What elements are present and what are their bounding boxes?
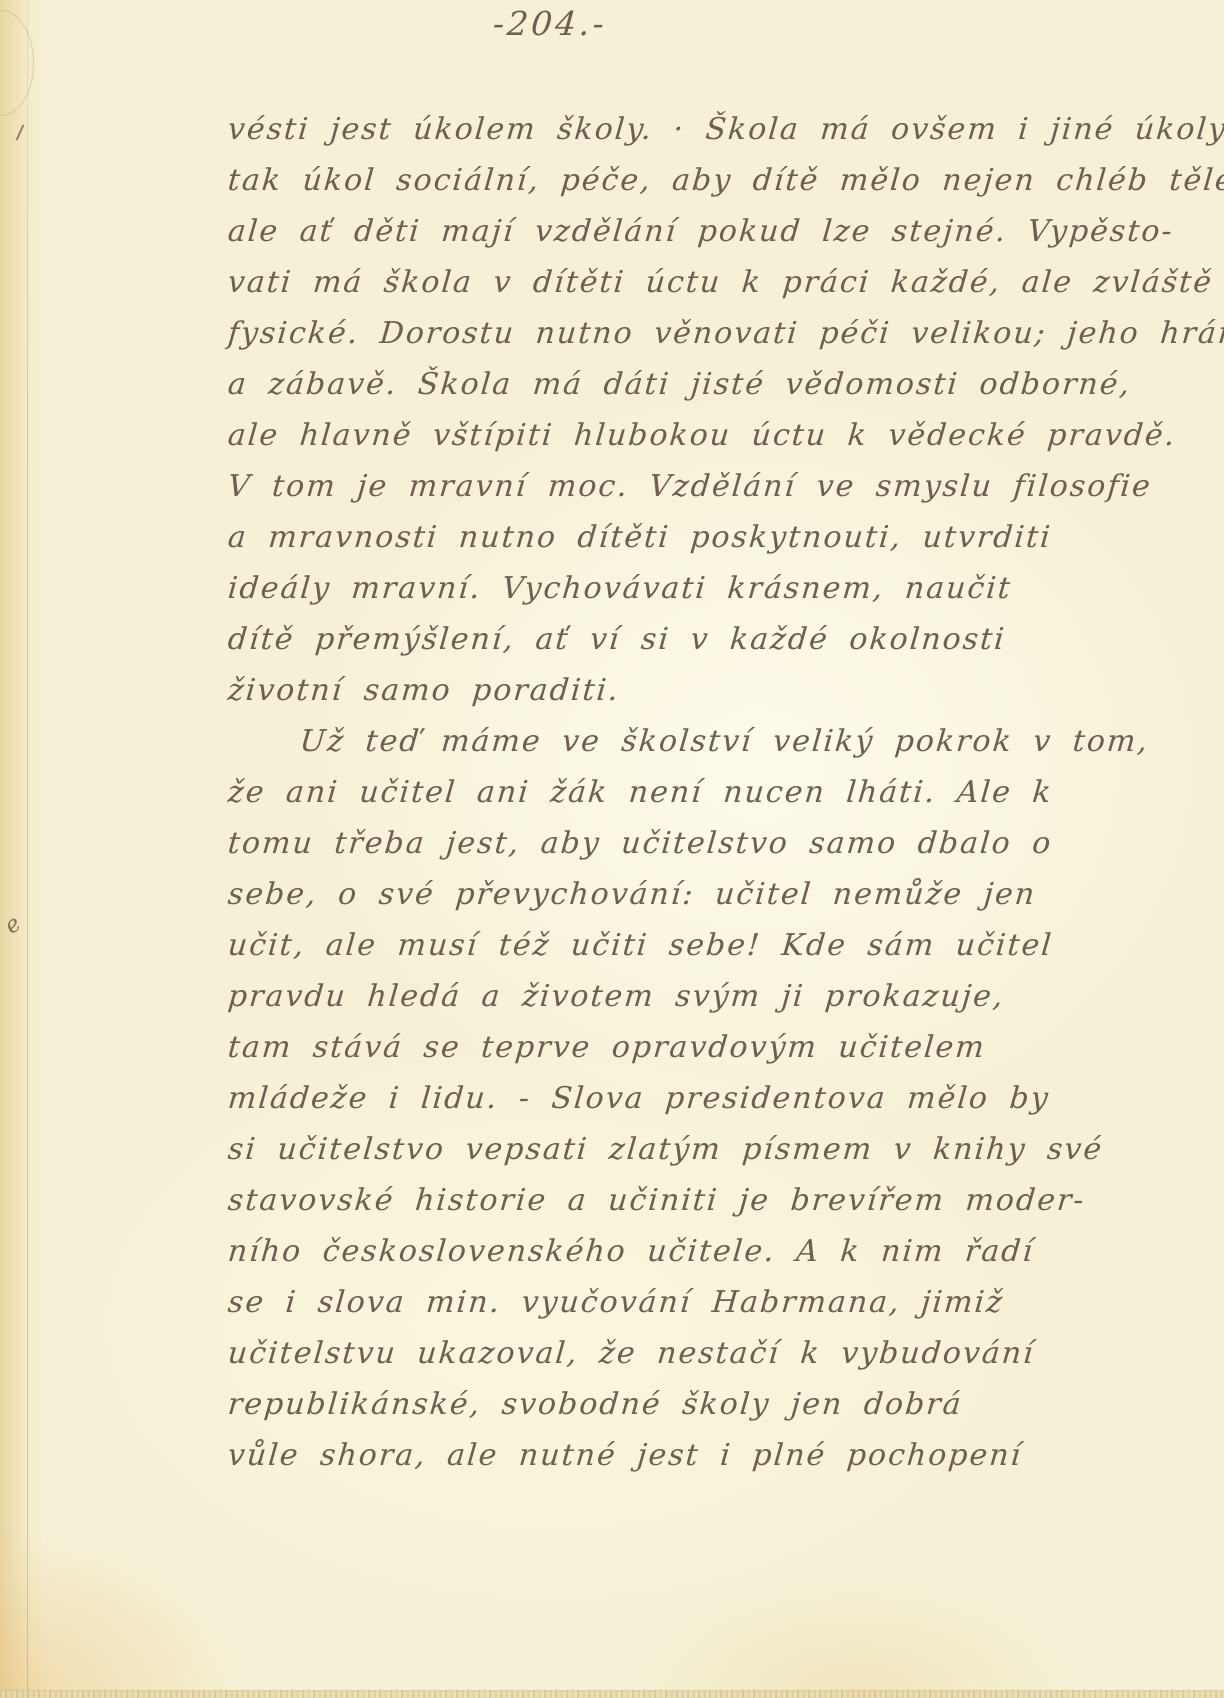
handwritten-line: vésti jest úkolem školy. · Škola má ovše… <box>0 104 1224 155</box>
handwritten-line: stavovské historie a učiniti je brevířem… <box>0 1175 1224 1226</box>
handwritten-line: pravdu hledá a životem svým ji prokazuje… <box>0 971 1224 1022</box>
handwritten-line: vůle shora, ale nutné jest i plné pochop… <box>0 1430 1224 1481</box>
handwritten-line: ideály mravní. Vychovávati krásnem, nauč… <box>0 563 1224 614</box>
handwritten-line: republikánské, svobodné školy jen dobrá <box>0 1379 1224 1430</box>
handwritten-line: Už teď máme ve školství veliký pokrok v … <box>0 716 1224 767</box>
handwritten-line: si učitelstvo vepsati zlatým písmem v kn… <box>0 1124 1224 1175</box>
page-number: -204.- <box>453 4 646 43</box>
handwritten-line: a zábavě. Škola má dáti jisté vědomosti … <box>0 359 1224 410</box>
handwritten-line: V tom je mravní moc. Vzdělání ve smyslu … <box>0 461 1224 512</box>
handwritten-line: že ani učitel ani žák není nucen lháti. … <box>0 767 1224 818</box>
handwritten-line: mládeže i lidu. - Slova presidentova měl… <box>0 1073 1224 1124</box>
handwritten-line: fysické. Dorostu nutno věnovati péči vel… <box>0 308 1224 359</box>
handwritten-line: učitelstvu ukazoval, že nestačí k vybudo… <box>0 1328 1224 1379</box>
handwritten-line: učit, ale musí též učiti sebe! Kde sám u… <box>0 920 1224 971</box>
handwritten-line: ale hlavně vštípiti hlubokou úctu k věde… <box>0 410 1224 461</box>
handwritten-line: dítě přemýšlení, ať ví si v každé okolno… <box>0 614 1224 665</box>
handwritten-line: a mravnosti nutno dítěti poskytnouti, ut… <box>0 512 1224 563</box>
handwritten-line: ního československého učitele. A k nim ř… <box>0 1226 1224 1277</box>
handwritten-line: životní samo poraditi. <box>0 665 1224 716</box>
handwritten-text-block: vésti jest úkolem školy. · Škola má ovše… <box>0 104 1224 1481</box>
handwritten-line: tak úkol sociální, péče, aby dítě mělo n… <box>0 155 1224 206</box>
stamp-ghost-mark <box>0 10 34 116</box>
handwritten-line: tomu třeba jest, aby učitelstvo samo dba… <box>0 818 1224 869</box>
handwritten-line: ale ať děti mají vzdělání pokud lze stej… <box>0 206 1224 257</box>
handwritten-line: vati má škola v dítěti úctu k práci každ… <box>0 257 1224 308</box>
page-bottom-edge <box>0 1690 1224 1698</box>
manuscript-page: -204.- vésti jest úkolem školy. · Škola … <box>0 0 1224 1698</box>
handwritten-line: tam stává se teprve opravdovým učitelem <box>0 1022 1224 1073</box>
handwritten-line: se i slova min. vyučování Habrmana, jimi… <box>0 1277 1224 1328</box>
handwritten-line: sebe, o své převychování: učitel nemůže … <box>0 869 1224 920</box>
